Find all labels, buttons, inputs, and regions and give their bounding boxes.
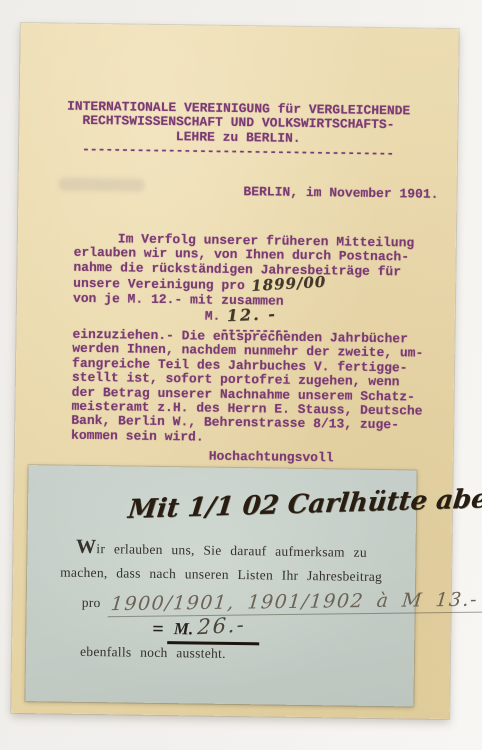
equals-sign: = bbox=[152, 618, 164, 640]
handwritten-ink-note: Mit 1/1 02 Carlhütte abe bbox=[127, 486, 420, 525]
card-line-1-text: ir erlauben uns, Sie darauf aufmerksam z… bbox=[96, 541, 367, 560]
dateline: BERLIN, im November 1901. bbox=[18, 182, 438, 202]
letter-paper: INTERNATIONALE VEREINIGUNG für VERGLEICH… bbox=[11, 23, 459, 719]
drop-cap: W bbox=[76, 536, 97, 558]
handwritten-year: 1899/00 bbox=[250, 275, 326, 294]
total-label: M. bbox=[174, 619, 194, 638]
total-line: =M.26.- bbox=[152, 615, 260, 645]
outstanding-note: ebenfalls noch aussteht. bbox=[80, 644, 226, 662]
card-line-2: machen, dass nach unseren Listen Ihr Jah… bbox=[27, 564, 415, 585]
paragraph-1: Im Verfolg unserer früheren Mitteilung e… bbox=[72, 232, 443, 342]
notice-card: Mit 1/1 02 Carlhütte abe Wir erlauben un… bbox=[25, 465, 416, 706]
pro-label: pro bbox=[82, 595, 101, 610]
closing-salutation: Hochachtungsvoll bbox=[209, 450, 334, 466]
card-line-1: Wir erlauben uns, Sie darauf aufmerksam … bbox=[27, 535, 415, 563]
total-underlined-group: M.26.- bbox=[168, 615, 260, 645]
handwritten-total: 26.- bbox=[197, 612, 247, 639]
org-header: INTERNATIONALE VEREINIGUNG für VERGLEICH… bbox=[19, 99, 458, 163]
paragraph-2: einzuziehen.- Die entsprechenden Jahrbüc… bbox=[71, 328, 443, 448]
sum-label: M. bbox=[205, 309, 221, 324]
handwritten-years: 1900/1901, 1901/1902 à M 13.- bbox=[108, 589, 482, 618]
scan-background: INTERNATIONALE VEREINIGUNG für VERGLEICH… bbox=[0, 0, 482, 750]
handwritten-sum: 12. - bbox=[226, 307, 277, 323]
